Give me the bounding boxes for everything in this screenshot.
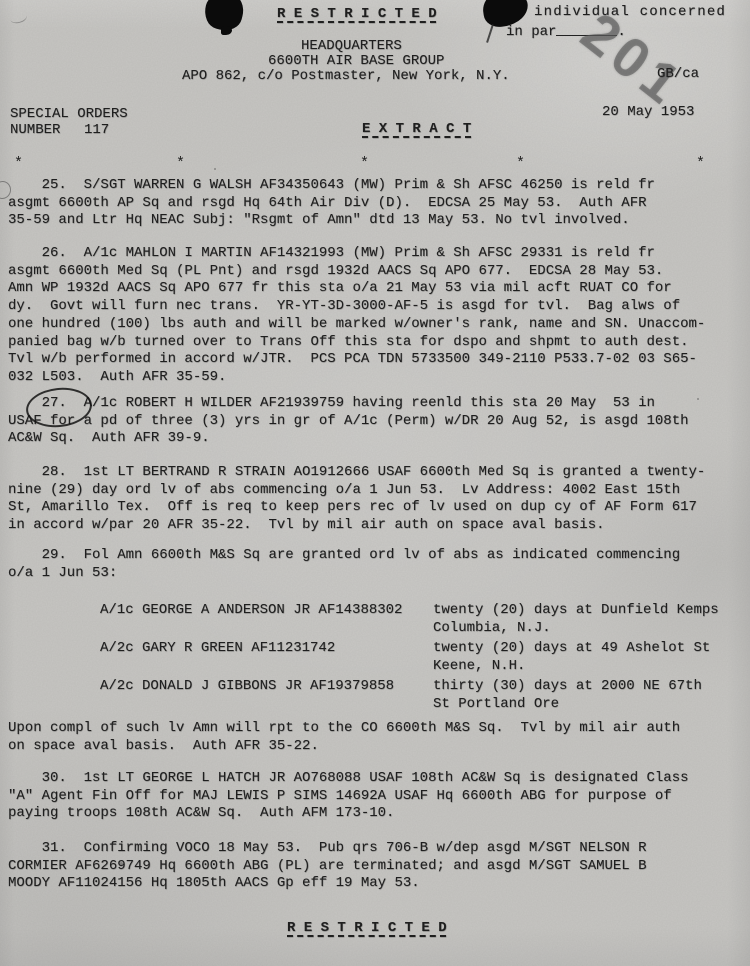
asterisk-separator: *: [696, 155, 705, 172]
leave-details: thirty (30) days at 2000 NE 67th St Port…: [433, 678, 702, 713]
leave-details: twenty (20) days at 49 Ashelot St Keene,…: [433, 640, 710, 675]
scan-speck: [697, 398, 699, 400]
extract-heading: E X T R A C T: [362, 121, 471, 139]
order-paragraph-26: 26. A/1c MAHLON I MARTIN AF14321993 (MW)…: [8, 245, 705, 387]
asterisk-separator: *: [360, 155, 369, 172]
scan-speck: [120, 862, 123, 865]
classification-banner-top: R E S T R I C T E D: [277, 6, 437, 24]
scan-speck: [640, 252, 642, 254]
order-paragraph-31: 31. Confirming VOCO 18 May 53. Pub qrs 7…: [8, 840, 647, 893]
leave-list-row: A/2c DONALD J GIBBONS JR AF19379858 thir…: [100, 678, 745, 713]
leave-list-row: A/1c GEORGE A ANDERSON JR AF14388302 twe…: [100, 602, 745, 637]
leave-list-row: A/2c GARY R GREEN AF11231742 twenty (20)…: [100, 640, 745, 675]
order-paragraph-25: 25. S/SGT WARREN G WALSH AF34350643 (MW)…: [8, 177, 655, 230]
leave-details: twenty (20) days at Dunfield Kemps Colum…: [433, 602, 719, 637]
paper-background: R E S T R I C T E D individual concerned…: [0, 0, 750, 966]
office-symbol: GB/ca: [657, 66, 699, 84]
airman-name: A/1c GEORGE A ANDERSON JR AF14388302: [100, 602, 433, 637]
airman-name: A/2c GARY R GREEN AF11231742: [100, 640, 433, 675]
order-paragraph-29-intro: 29. Fol Amn 6600th M&S Sq are granted or…: [8, 547, 680, 582]
order-paragraph-30: 30. 1st LT GEORGE L HATCH JR AO768088 US…: [8, 770, 689, 823]
order-paragraph-27: 27. A/1c ROBERT H WILDER AF21939759 havi…: [8, 395, 689, 448]
ink-blot: [221, 26, 232, 35]
order-paragraph-29-close: Upon compl of such lv Amn will rpt to th…: [8, 720, 680, 755]
leave-list: A/1c GEORGE A ANDERSON JR AF14388302 twe…: [100, 602, 745, 716]
asterisk-separator: *: [176, 155, 185, 172]
scan-speck: [214, 168, 216, 170]
scan-speck: [55, 305, 57, 307]
asterisk-separator: *: [516, 155, 525, 172]
scanned-orders-document: { "header": { "classification": "R E S T…: [0, 0, 750, 966]
order-paragraph-28: 28. 1st LT BERTRAND R STRAIN AO1912666 U…: [8, 464, 705, 535]
airman-name: A/2c DONALD J GIBBONS JR AF19379858: [100, 678, 433, 713]
scan-speck: [420, 520, 422, 522]
document-date: 20 May 1953: [602, 104, 694, 122]
routing-note-prefix: in par: [506, 24, 556, 40]
orders-number-label: NUMBER: [10, 122, 60, 140]
pen-stroke: [486, 24, 494, 43]
asterisk-separator: *: [14, 155, 23, 172]
unit-address-line: APO 862, c/o Postmaster, New York, N.Y.: [182, 68, 510, 86]
orders-number: 117: [84, 122, 109, 140]
classification-banner-bottom: R E S T R I C T E D: [287, 920, 447, 938]
pen-mark: [9, 10, 28, 25]
